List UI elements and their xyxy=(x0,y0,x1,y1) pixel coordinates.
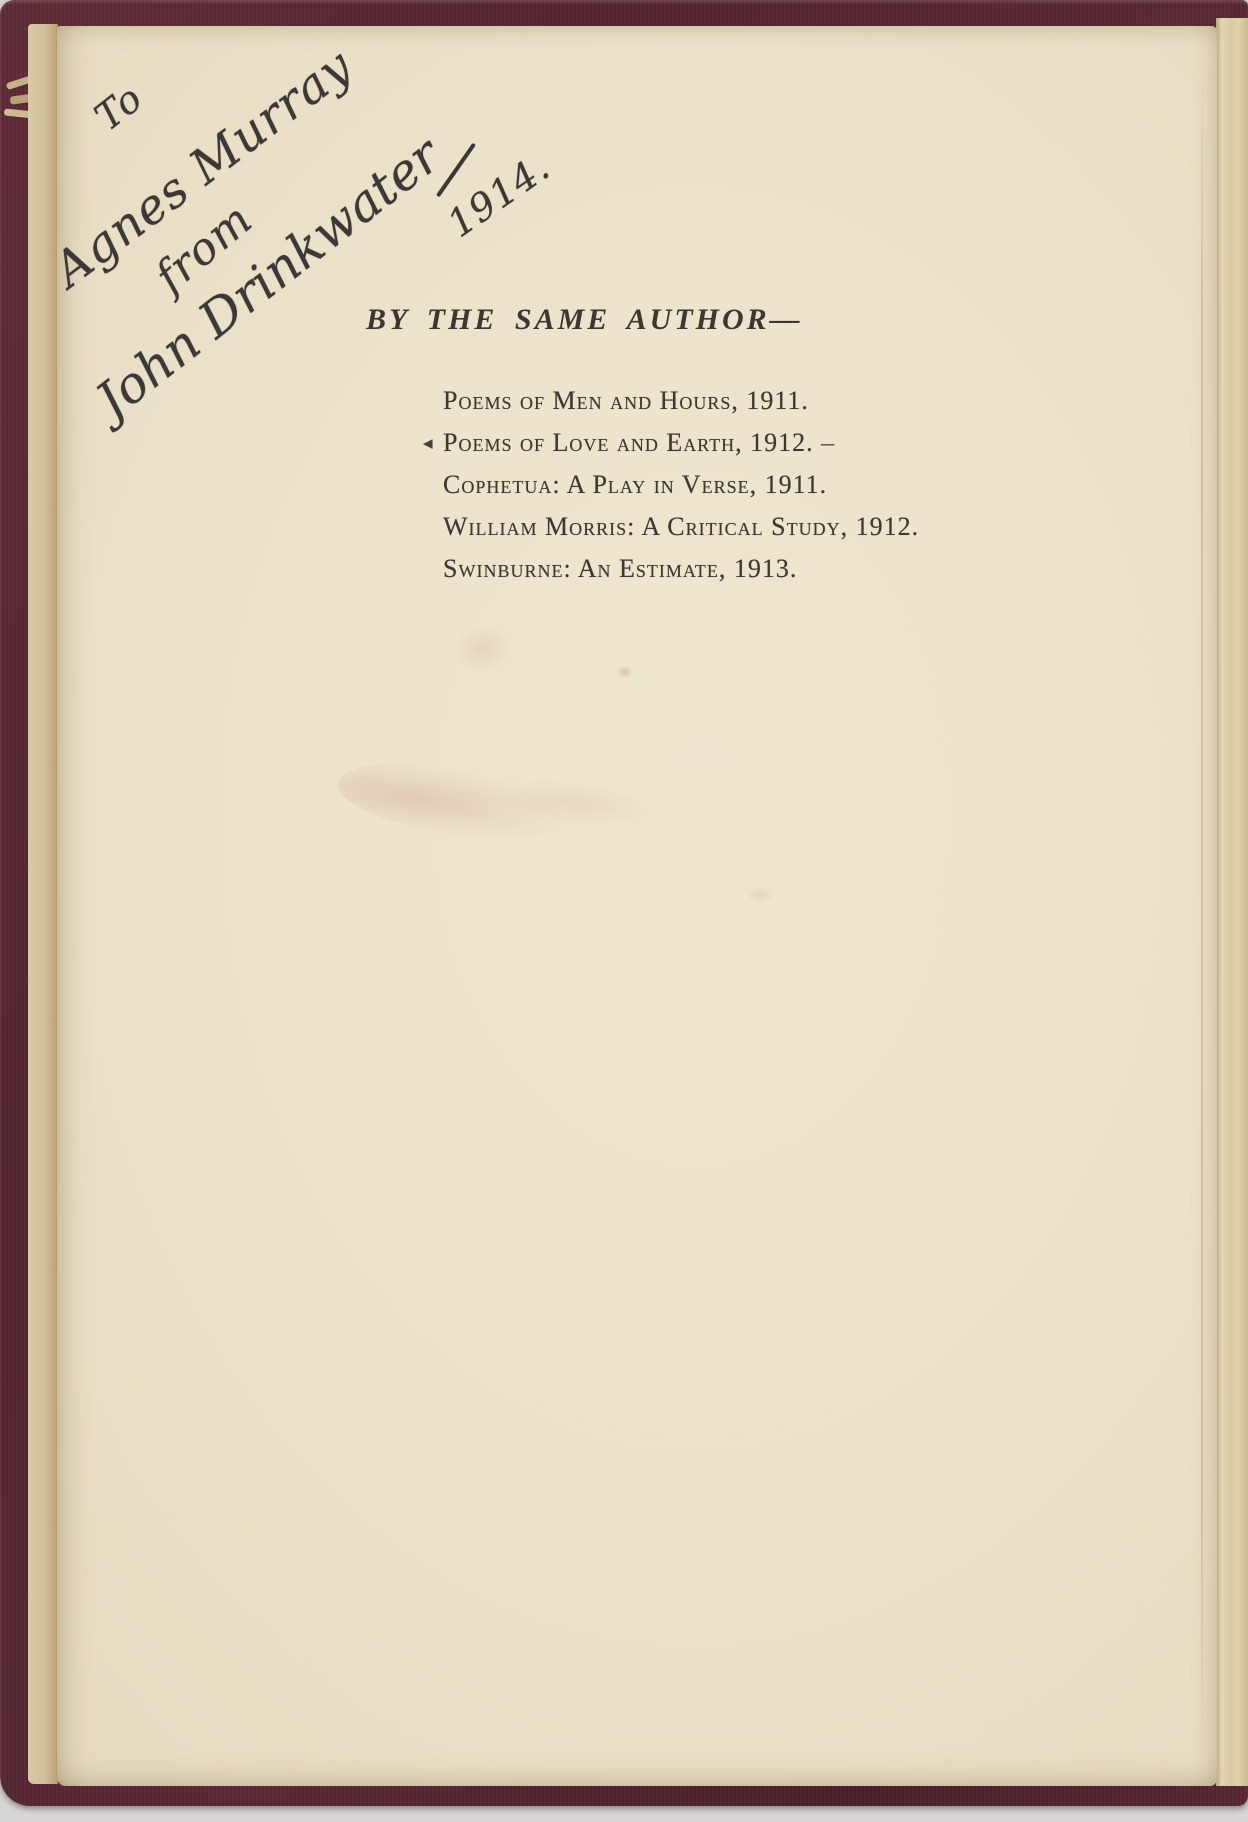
works-list: Poems of Men and Hours, 1911. ◂Poems of … xyxy=(443,380,919,590)
page-gutter-edge xyxy=(28,24,58,1784)
annotation-arrow-icon: ◂ xyxy=(423,423,433,465)
stain xyxy=(747,886,773,904)
annotation-dash: – xyxy=(814,428,836,457)
work-title: Poems of Men and Hours, 1911. xyxy=(443,386,809,415)
stain xyxy=(452,626,512,672)
page-fore-edge xyxy=(1216,18,1248,1786)
work-title: Poems of Love and Earth, 1912. xyxy=(443,428,814,457)
book-photo: To Agnes Murray from John Drinkwater 191… xyxy=(0,0,1248,1822)
work-item: William Morris: A Critical Study, 1912. xyxy=(443,506,919,548)
work-item: Poems of Men and Hours, 1911. xyxy=(443,380,919,422)
stain xyxy=(485,772,659,834)
same-author-heading: BY THE SAME AUTHOR— xyxy=(366,303,803,337)
work-title: William Morris: A Critical Study, 1912. xyxy=(443,512,919,541)
stain xyxy=(617,666,633,678)
work-title: Swinburne: An Estimate, 1913. xyxy=(443,554,797,583)
page-crease xyxy=(1201,66,1203,1746)
work-item: Cophetua: A Play in Verse, 1911. xyxy=(443,464,919,506)
stain xyxy=(333,749,590,853)
work-item: ◂Poems of Love and Earth, 1912. – xyxy=(443,422,919,464)
work-item: Swinburne: An Estimate, 1913. xyxy=(443,548,919,590)
work-title: Cophetua: A Play in Verse, 1911. xyxy=(443,470,827,499)
